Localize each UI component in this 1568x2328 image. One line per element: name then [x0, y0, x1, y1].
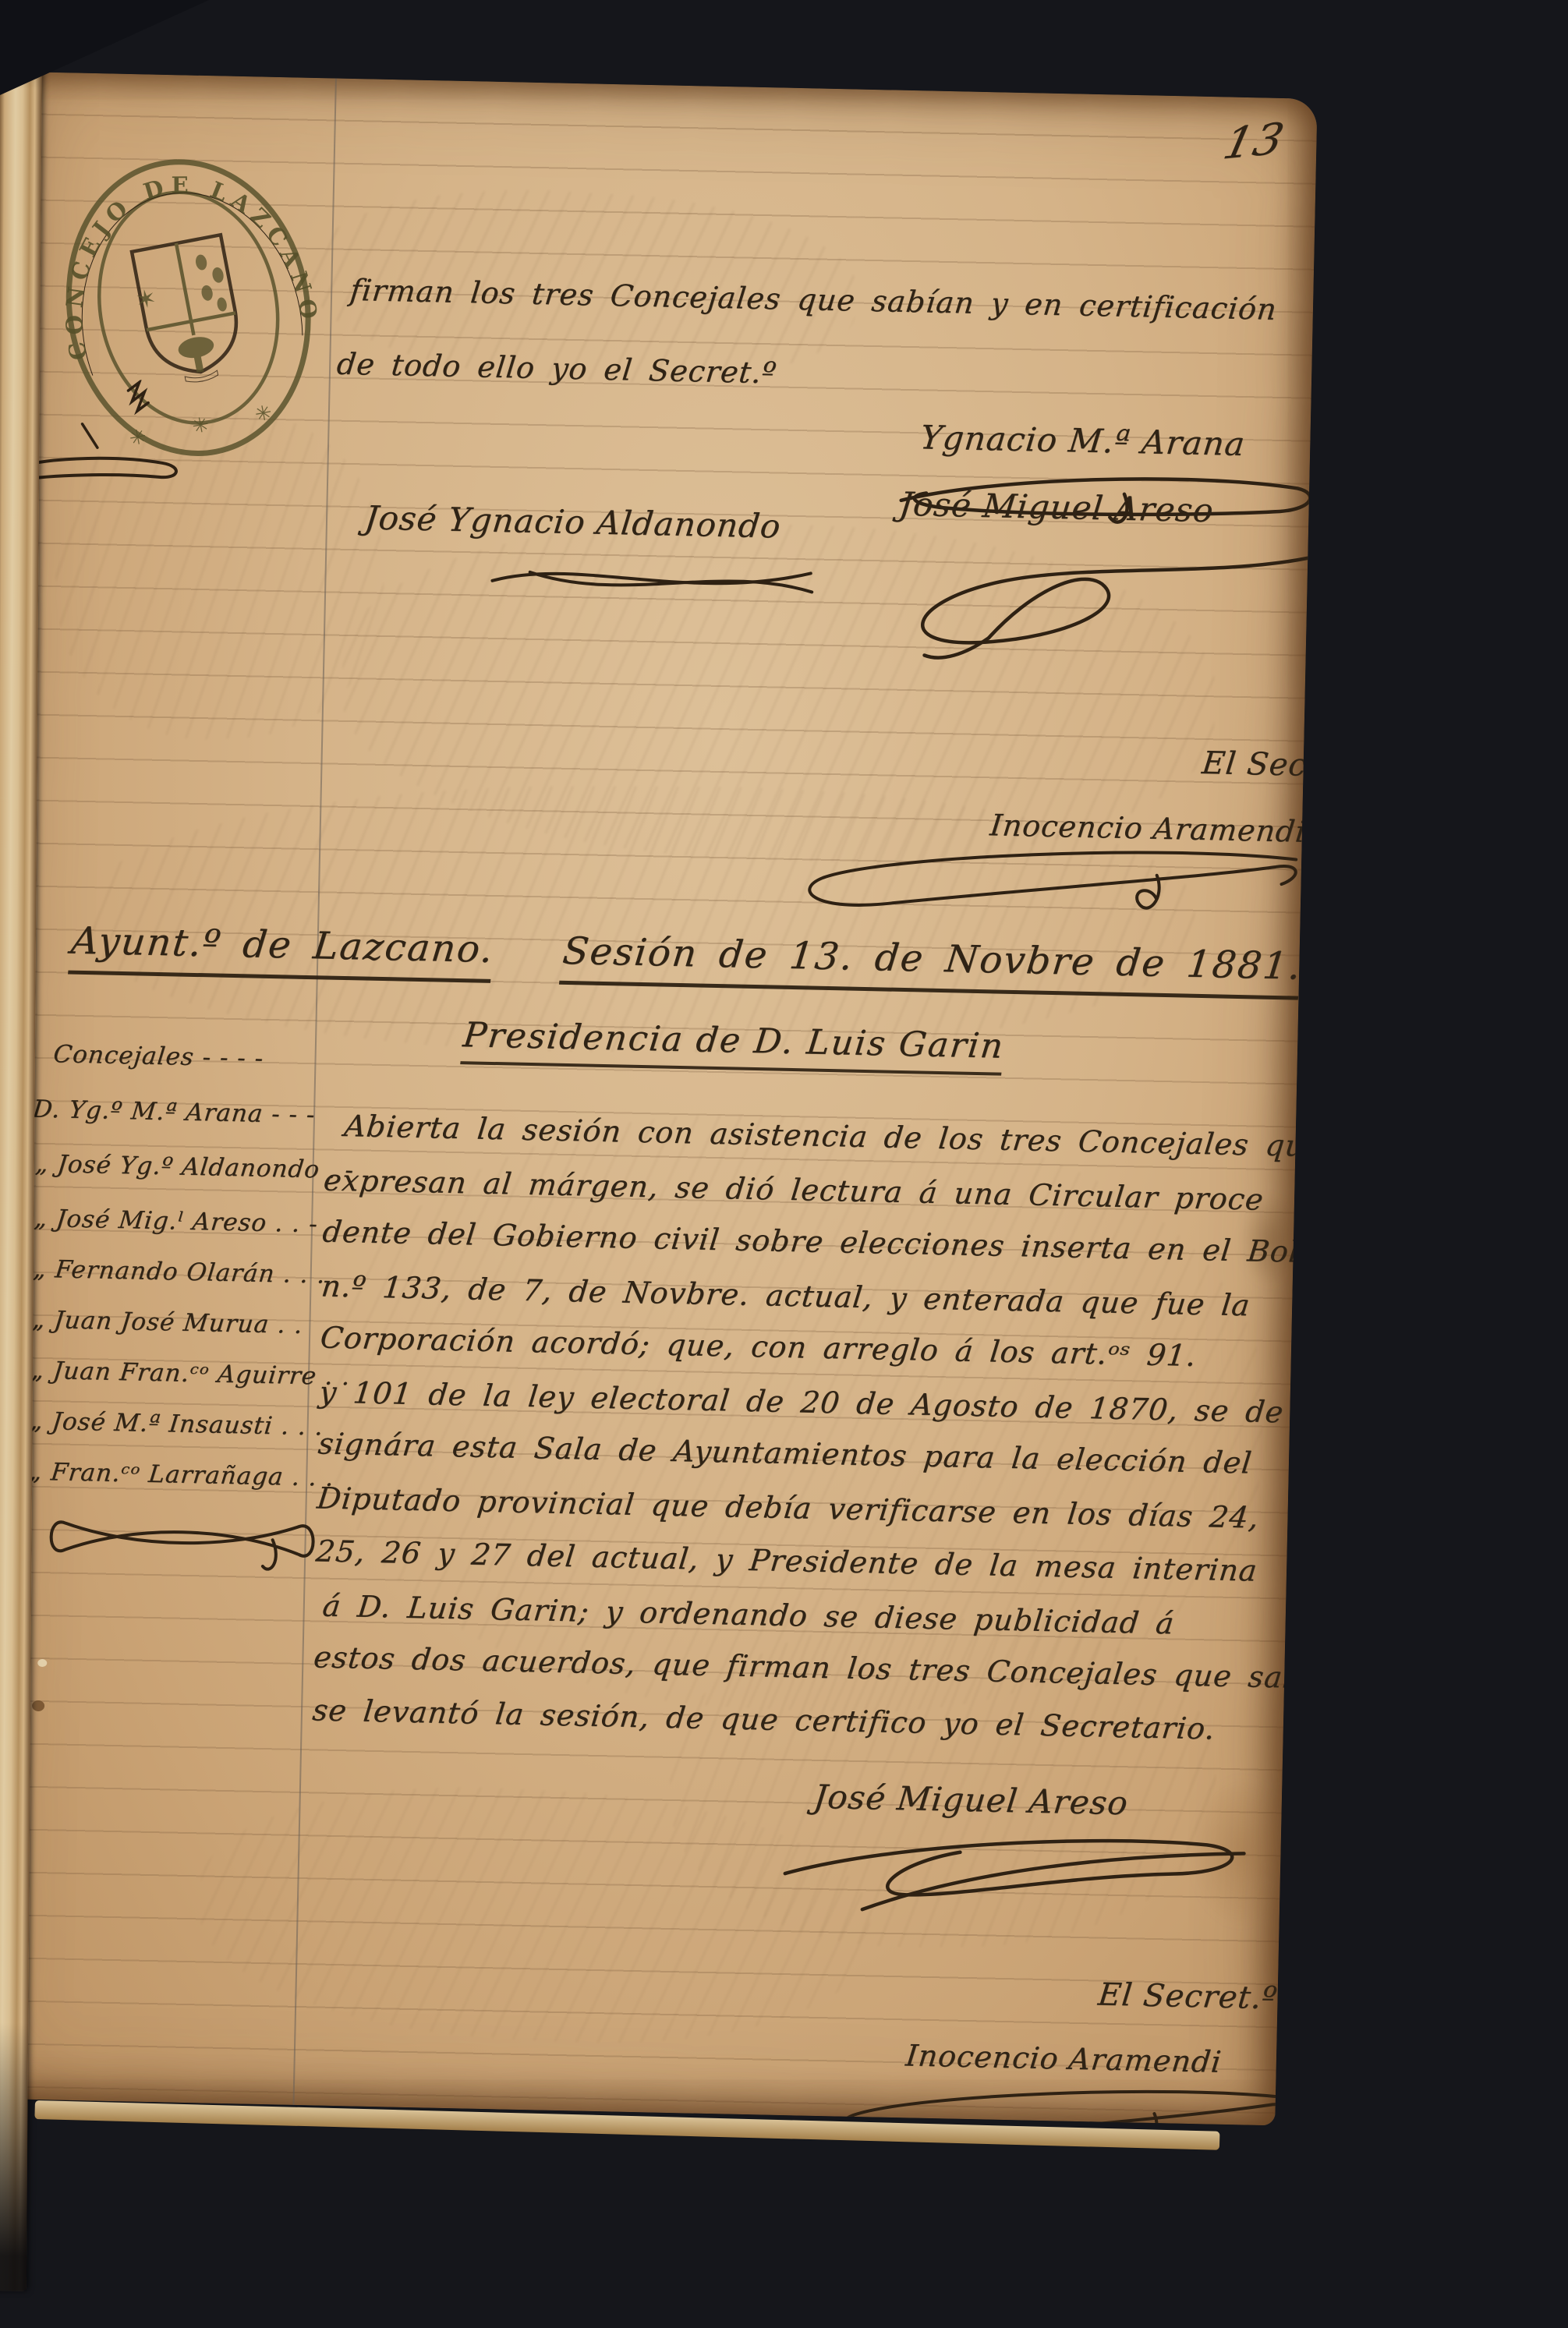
stamp-star-left: ✶: [133, 282, 158, 315]
margin-councilor: „ José Mig.ˡ Areso . . -: [33, 1205, 320, 1239]
secretary-title: El Secret.º: [1096, 1977, 1280, 2017]
stamp-tree: [176, 334, 220, 385]
session-header-municipality: Ayunt.º de Lazcano.: [68, 919, 497, 983]
margin-councilor: „ Juan Fran.ᶜᵒ Aguirre . .: [30, 1357, 352, 1392]
signature-rubric: [769, 1817, 1262, 1929]
secretary-name: Inocencio Aramendi: [904, 2038, 1223, 2079]
signature-arana: Ygnacio M.ª Arana: [919, 418, 1248, 463]
margin-councilor: „ José M.ª Insausti . . .: [29, 1407, 325, 1442]
signature-rubric: [879, 536, 1317, 678]
signature-areso: José Miguel Areso: [897, 485, 1216, 529]
ink-stain: [32, 1700, 44, 1711]
signature-rubric: [818, 2075, 1303, 2125]
page-number: 13: [1219, 114, 1289, 170]
paper-spot: [37, 1659, 47, 1667]
margin-heading: Concejales - - - -: [52, 1040, 265, 1073]
signature-areso-bottom: José Miguel Areso: [812, 1778, 1130, 1822]
margin-councilor: „ Juan José Murua . .: [31, 1306, 305, 1339]
signature-rubric: [789, 835, 1314, 947]
manuscript-scan: { "page": { "number": "13" }, "stamp": {…: [0, 0, 1568, 2328]
signature-rubric: [484, 550, 820, 611]
margin-councilor: „ Fran.ᶜᵒ Larrañaga . . .: [27, 1458, 335, 1492]
margin-rubric: [41, 1501, 324, 1585]
presidency-text: Presidencia de D. Luis Garin: [460, 1015, 1006, 1075]
signature-aldanondo: José Ygnacio Aldanondo: [363, 498, 783, 545]
margin-councilor: D. Yg.º M.ª Arana - - -: [31, 1095, 317, 1130]
ledger-page: 13 CONCEJO DE LAZCANO ✶ ✳ ✳ ✳: [0, 72, 1318, 2125]
margin-councilor: „ Fernando Olarán . . .: [32, 1255, 327, 1290]
margin-councilor: „ José Yg.º Aldanondo . -: [34, 1150, 356, 1184]
secretary-title: El Secret.º: [1200, 745, 1317, 785]
